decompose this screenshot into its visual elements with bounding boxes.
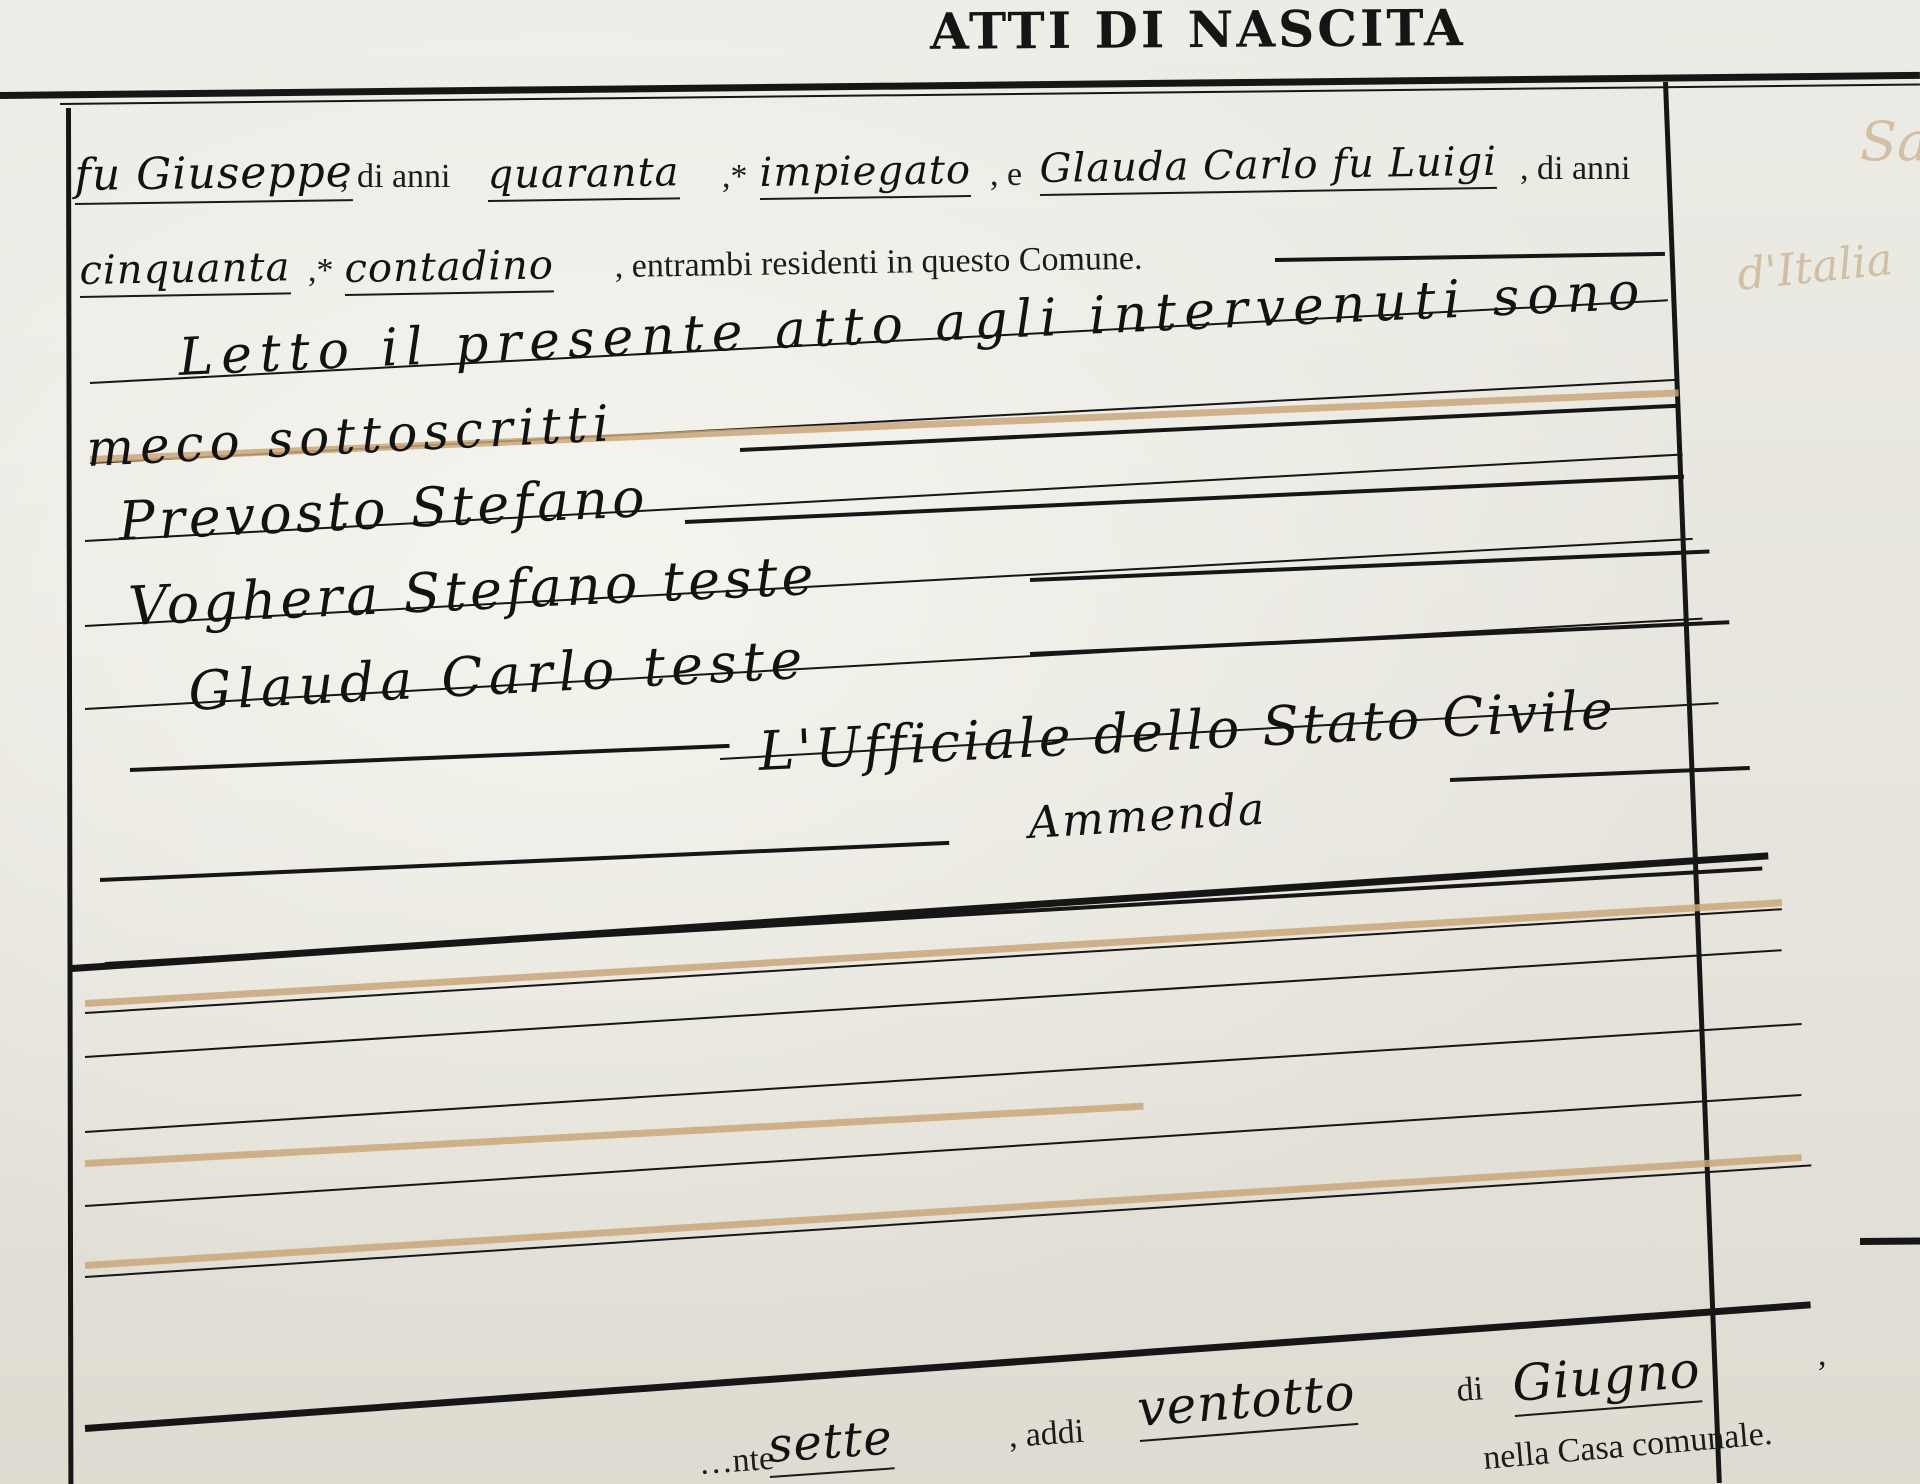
left-column-border — [66, 108, 73, 1484]
rule-line-9-fill — [1450, 766, 1750, 782]
month-comma: , — [1818, 1336, 1827, 1374]
label-addi: , addi — [1007, 1413, 1085, 1456]
officer-title: L'Ufficiale dello Stato Civile — [757, 678, 1617, 783]
witness-age-field: cinquanta — [79, 244, 291, 298]
margin-bleed-2: d'Italia — [1735, 234, 1895, 301]
right-column-rule — [1860, 1237, 1920, 1245]
officer-signature: Ammenda — [1027, 784, 1268, 849]
rule-line-16 — [85, 1164, 1812, 1278]
label-di-anni-2: , di anni — [1520, 150, 1630, 188]
father-age-field: quaranta — [487, 149, 680, 202]
signature-voghera: Voghera Stefano teste — [127, 544, 818, 638]
bleed-rule-4 — [85, 1154, 1802, 1269]
label-di: di — [1455, 1370, 1484, 1410]
rule-line-9 — [100, 841, 949, 882]
right-column-border — [1663, 82, 1722, 1483]
place-statement: nella Casa comunale. — [1482, 1415, 1774, 1478]
rule-line-7-fill — [1030, 620, 1729, 656]
page-title: ATTI DI NASCITA — [930, 0, 1466, 61]
document-page: ATTI DI NASCITA fu Giuseppe , di anni qu… — [0, 0, 1920, 1484]
margin-bleed-1: Sa — [1860, 110, 1920, 173]
day-field: ventotto — [1135, 1363, 1358, 1442]
label-di-anni: , di anni — [340, 158, 450, 196]
rule-line-8 — [130, 744, 730, 772]
father-occupation-field: impiegato — [759, 147, 971, 200]
asterisk-mark-2: ,* — [308, 252, 334, 290]
residence-statement: , entrambi residenti in questo Comune. — [614, 240, 1142, 286]
month-field: Giugno — [1510, 1340, 1703, 1417]
signature-glauda: Glauda Carlo teste — [187, 628, 810, 723]
father-of-field: fu Giuseppe — [74, 146, 353, 205]
asterisk-mark: ,* — [722, 158, 748, 196]
signature-prevosto: Prevosto Stefano — [117, 466, 650, 553]
witness-name-field: Glauda Carlo fu Luigi — [1039, 139, 1497, 196]
witness-occupation-field: contadino — [344, 242, 554, 296]
closing-line-b: meco sottoscritti — [85, 394, 616, 478]
hour-field: sette — [766, 1409, 895, 1478]
rule-line-12 — [85, 908, 1782, 1014]
bleed-rule-3 — [85, 1103, 1144, 1167]
fill-rule-line2 — [1275, 252, 1665, 262]
label-conjunction: , e — [990, 156, 1022, 194]
next-record-partial: …nte — [697, 1440, 775, 1483]
